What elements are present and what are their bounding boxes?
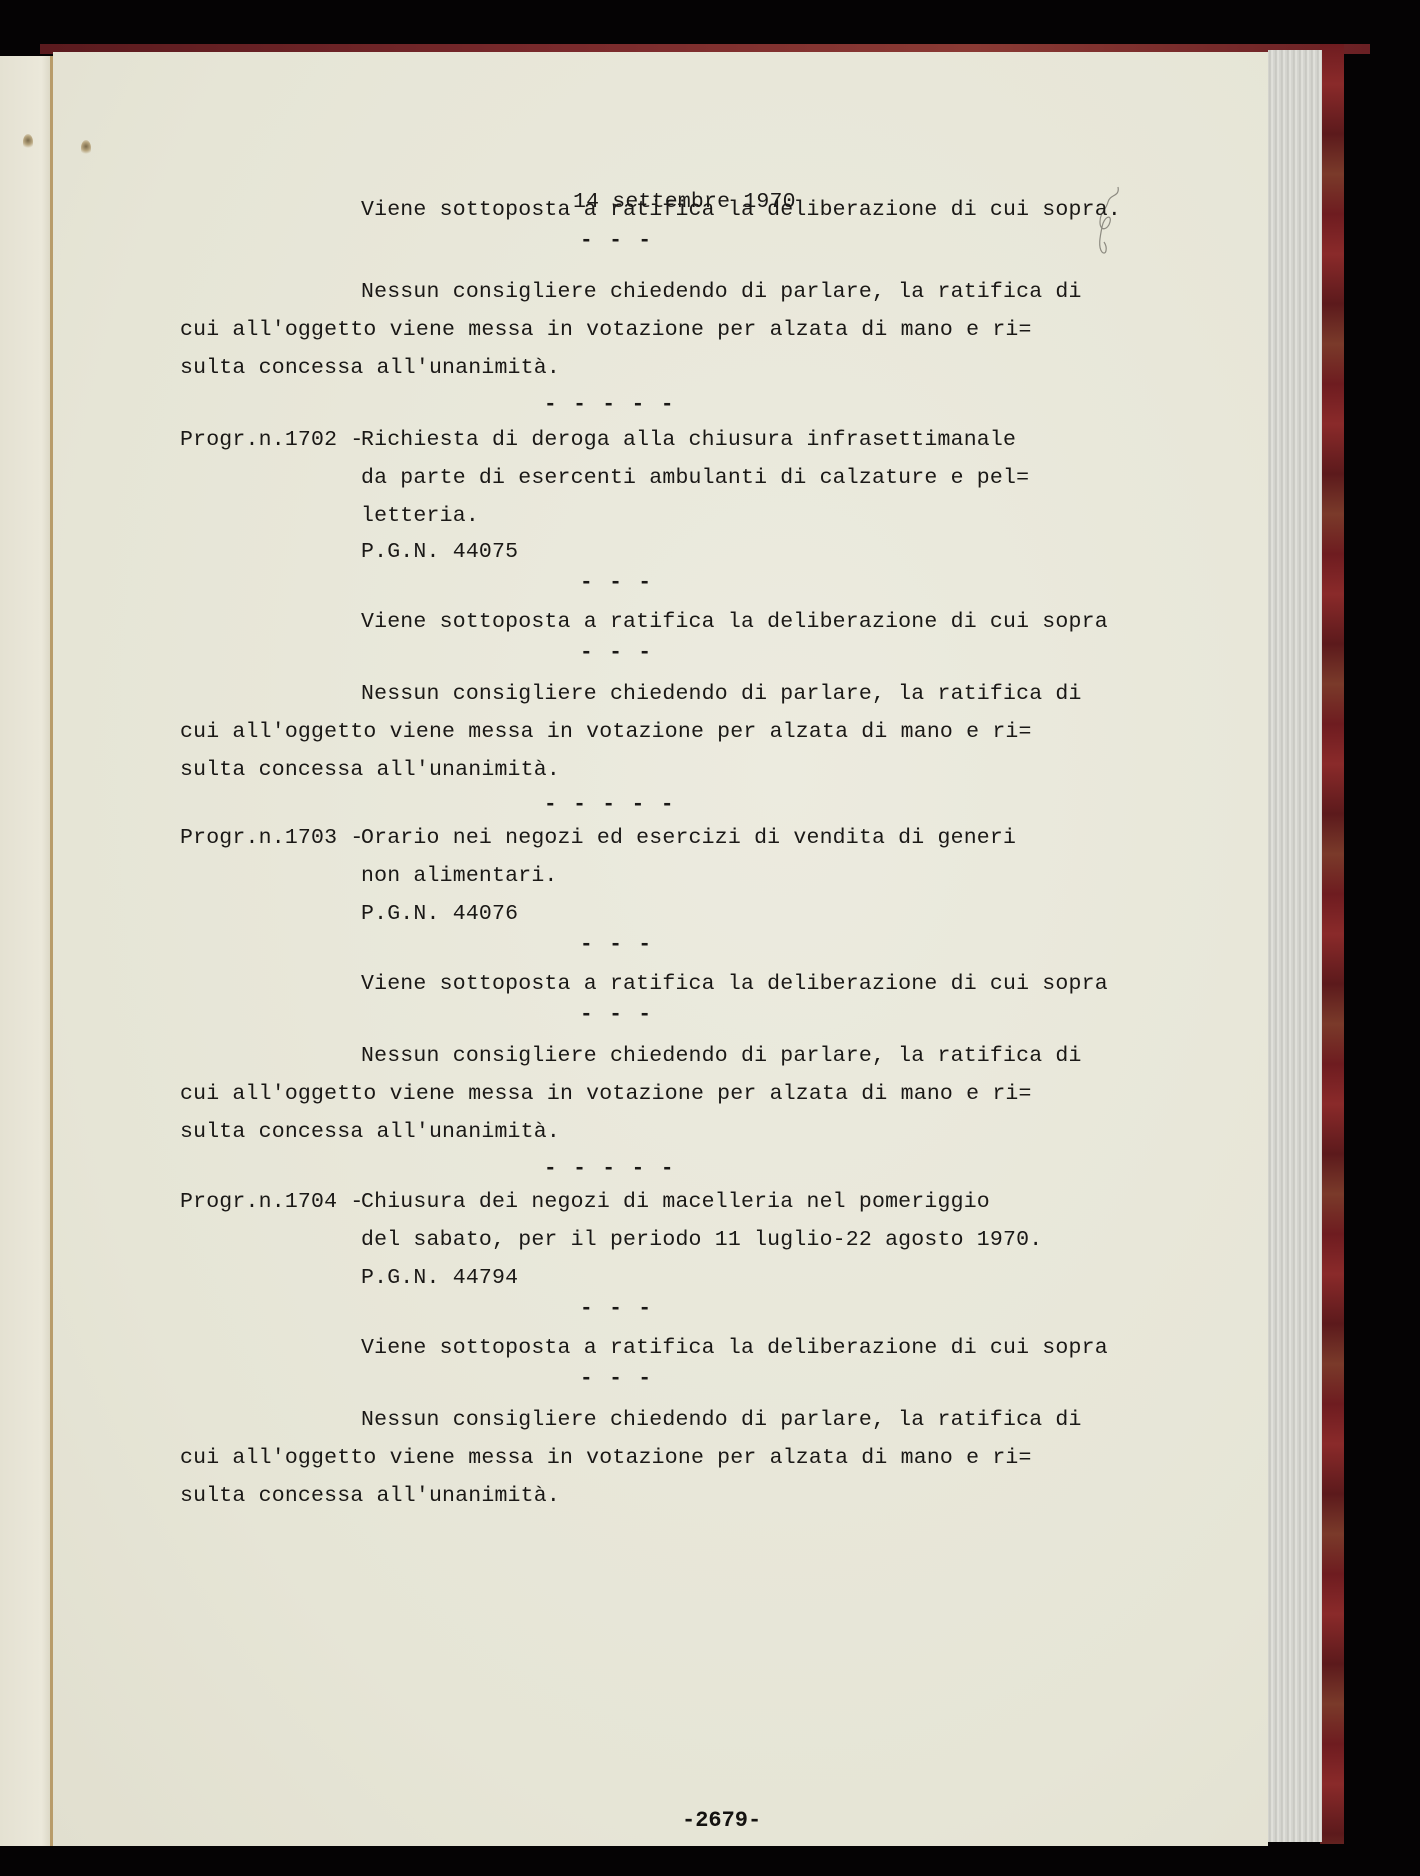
vote-paragraph-line: cui all'oggetto viene messa in votazione… bbox=[180, 722, 1032, 744]
item-title-line: Orario nei negozi ed esercizi di vendita… bbox=[361, 828, 1016, 850]
progr-number-1704: Progr.n.1704 - bbox=[180, 1192, 363, 1214]
left-page-sliver bbox=[0, 56, 52, 1846]
item-title-line: da parte di esercenti ambulanti di calza… bbox=[361, 468, 1029, 490]
vote-paragraph-line: Nessun consigliere chiedendo di parlare,… bbox=[361, 1410, 1082, 1432]
vote-paragraph-line: sulta concessa all'unanimità. bbox=[180, 760, 560, 782]
vote-paragraph-line: sulta concessa all'unanimità. bbox=[180, 1486, 560, 1508]
vote-paragraph-line: Nessun consigliere chiedendo di parlare,… bbox=[361, 1046, 1082, 1068]
vote-paragraph-line: Nessun consigliere chiedendo di parlare,… bbox=[361, 684, 1082, 706]
item-title-line: Richiesta di deroga alla chiusura infras… bbox=[361, 430, 1016, 452]
section-divider: - - - - - bbox=[544, 394, 675, 417]
document-page: 14 settembre 1970 Viene sottoposta a rat… bbox=[53, 52, 1268, 1846]
ratifica-paragraph: Viene sottoposta a ratifica la deliberaz… bbox=[361, 1338, 1108, 1360]
binding-hole bbox=[23, 134, 33, 150]
pencil-mark-icon bbox=[1088, 182, 1128, 262]
progr-number-1703: Progr.n.1703 - bbox=[180, 828, 363, 850]
vote-paragraph-line: sulta concessa all'unanimità. bbox=[180, 358, 560, 380]
vote-paragraph-line: Nessun consigliere chiedendo di parlare,… bbox=[361, 282, 1082, 304]
page-block-edges bbox=[1268, 50, 1322, 1842]
page-number: -2679- bbox=[682, 1808, 761, 1833]
section-divider: - - - bbox=[580, 1368, 653, 1391]
pgn-reference: P.G.N. 44075 bbox=[361, 542, 518, 564]
section-divider: - - - bbox=[580, 572, 653, 595]
item-title-line: letteria. bbox=[361, 506, 479, 528]
item-title-line: non alimentari. bbox=[361, 866, 558, 888]
pgn-reference: P.G.N. 44076 bbox=[361, 904, 518, 926]
book-cover-right-edge bbox=[1320, 44, 1344, 1844]
section-divider: - - - bbox=[580, 1298, 653, 1321]
pgn-reference: P.G.N. 44794 bbox=[361, 1268, 518, 1290]
item-title-line: Chiusura dei negozi di macelleria nel po… bbox=[361, 1192, 990, 1214]
vote-paragraph-line: cui all'oggetto viene messa in votazione… bbox=[180, 320, 1032, 342]
vote-paragraph-line: sulta concessa all'unanimità. bbox=[180, 1122, 560, 1144]
section-divider: - - - - - bbox=[544, 1158, 675, 1181]
item-title-line: del sabato, per il periodo 11 luglio-22 … bbox=[361, 1230, 1042, 1252]
section-divider: - - - bbox=[580, 934, 653, 957]
ratifica-paragraph: Viene sottoposta a ratifica la deliberaz… bbox=[361, 612, 1108, 634]
ratifica-paragraph: Viene sottoposta a ratifica la deliberaz… bbox=[361, 200, 1121, 222]
progr-number-1702: Progr.n.1702 - bbox=[180, 430, 363, 452]
binding-hole bbox=[81, 140, 91, 156]
ratifica-paragraph: Viene sottoposta a ratifica la deliberaz… bbox=[361, 974, 1108, 996]
vote-paragraph-line: cui all'oggetto viene messa in votazione… bbox=[180, 1448, 1032, 1470]
section-divider: - - - bbox=[580, 1004, 653, 1027]
vote-paragraph-line: cui all'oggetto viene messa in votazione… bbox=[180, 1084, 1032, 1106]
section-divider: - - - bbox=[580, 230, 653, 253]
section-divider: - - - bbox=[580, 642, 653, 665]
section-divider: - - - - - bbox=[544, 794, 675, 817]
